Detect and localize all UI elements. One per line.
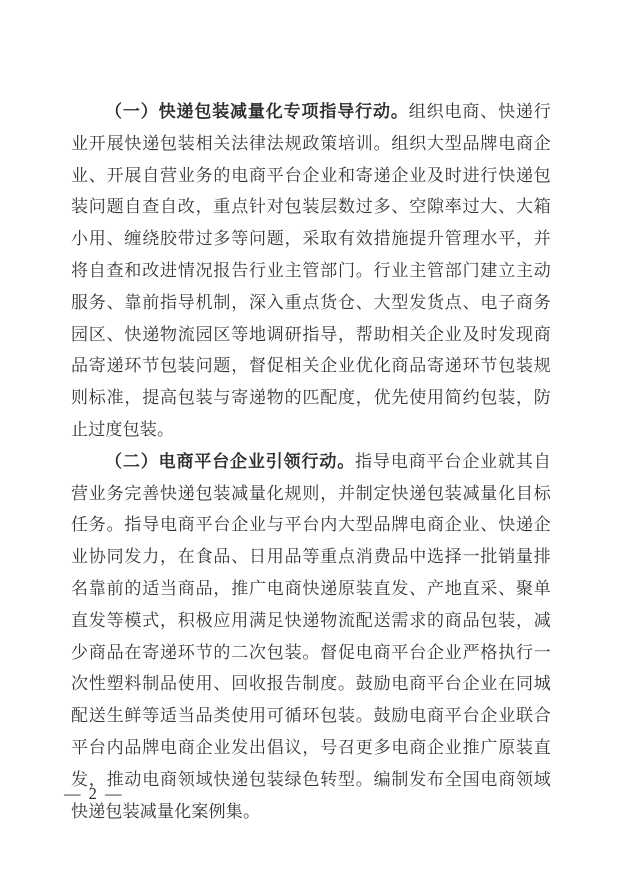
paragraph-2-text: 指导电商平台企业就其自营业务完善快递包装减量化规则，并制定快递包装减量化目标任务… (71, 452, 551, 821)
paragraph-1-heading: （一）快递包装减量化专项指导行动。 (105, 102, 409, 121)
paragraph-2: （二）电商平台企业引领行动。指导电商平台企业就其自营业务完善快递包装减量化规则，… (71, 446, 551, 828)
paragraph-2-heading: （二）电商平台企业引领行动。 (105, 452, 355, 471)
paragraph-1-text: 组织电商、快递行业开展快递包装相关法律法规政策培训。组织大型品牌电商企业、开展自… (71, 102, 551, 439)
document-page: （一）快递包装减量化专项指导行动。组织电商、快递行业开展快递包装相关法律法规政策… (0, 0, 620, 880)
paragraph-1: （一）快递包装减量化专项指导行动。组织电商、快递行业开展快递包装相关法律法规政策… (71, 96, 551, 446)
page-number: — 2 — (64, 784, 124, 804)
document-body: （一）快递包装减量化专项指导行动。组织电商、快递行业开展快递包装相关法律法规政策… (71, 96, 551, 827)
